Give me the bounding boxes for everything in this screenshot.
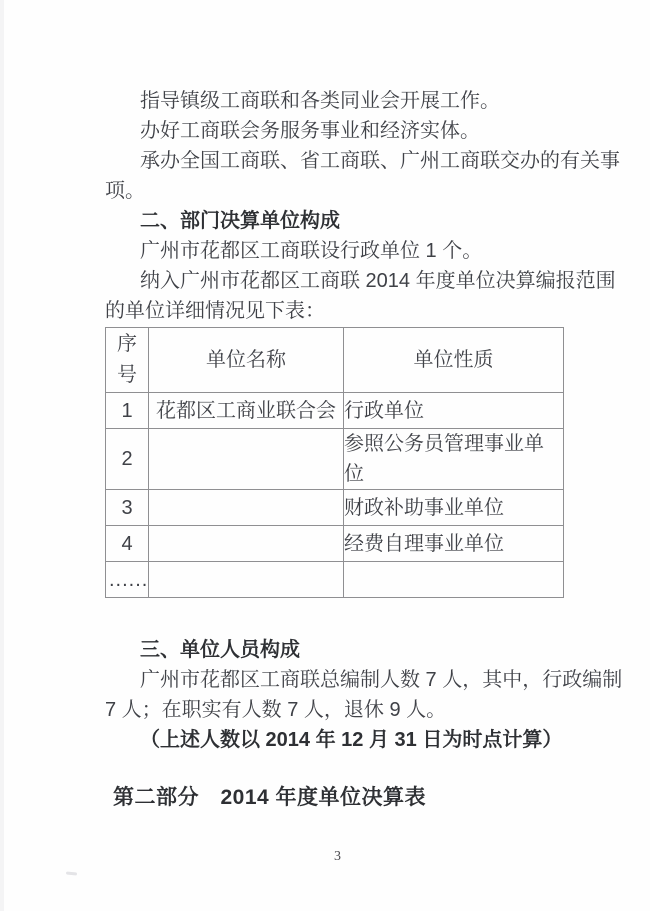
- table-row-2: 2 参照公务员管理事业单位: [106, 429, 564, 490]
- column-header-no: 序号: [106, 328, 149, 393]
- cell-name: [149, 562, 344, 598]
- table-row-3: 3 财政补助事业单位: [106, 490, 564, 526]
- intro-paragraph-line-4: 项。: [105, 176, 575, 206]
- cell-nature: [344, 562, 564, 598]
- cell-name: [149, 429, 344, 490]
- intro-paragraph-line-1: 指导镇级工商联和各类同业会开展工作。: [105, 86, 575, 116]
- cell-no: 4: [106, 526, 149, 562]
- section3-paragraph-line-1: 广州市花都区工商联总编制人数 7 人，其中，行政编制: [105, 665, 575, 695]
- cell-nature: 参照公务员管理事业单位: [344, 429, 564, 490]
- cell-name: [149, 490, 344, 526]
- cell-name: 花都区工商业联合会: [149, 393, 344, 429]
- cell-nature: 财政补助事业单位: [344, 490, 564, 526]
- section3-note: （上述人数以 2014 年 12 月 31 日为时点计算）: [105, 725, 575, 755]
- column-header-nature: 单位性质: [344, 328, 564, 393]
- table-row-ellipsis: ......: [106, 562, 564, 598]
- section3-heading: 三、单位人员构成: [105, 635, 575, 665]
- intro-paragraph-line-3: 承办全国工商联、省工商联、广州工商联交办的有关事: [105, 146, 575, 176]
- units-table: 序号 单位名称 单位性质 1 花都区工商业联合会 行政单位 2 参照公务员管理事…: [105, 327, 564, 598]
- page-number: 3: [334, 849, 341, 865]
- document-content: 指导镇级工商联和各类同业会开展工作。 办好工商联会务服务事业和经济实体。 承办全…: [105, 86, 575, 813]
- table-row-4: 4 经费自理事业单位: [106, 526, 564, 562]
- section2-paragraph-line-2: 纳入广州市花都区工商联 2014 年度单位决算编报范围: [105, 266, 575, 296]
- document-page: 指导镇级工商联和各类同业会开展工作。 办好工商联会务服务事业和经济实体。 承办全…: [0, 0, 650, 911]
- section3-paragraph-line-2: 7 人；在职实有人数 7 人，退休 9 人。: [105, 695, 575, 725]
- table-header-row: 序号 单位名称 单位性质: [106, 328, 564, 393]
- section2-paragraph-line-3: 的单位详细情况见下表：: [105, 296, 575, 326]
- column-header-name: 单位名称: [149, 328, 344, 393]
- intro-paragraph-line-2: 办好工商联会务服务事业和经济实体。: [105, 116, 575, 146]
- scan-smudge-artifact: [66, 871, 77, 875]
- section2-paragraph-line-1: 广州市花都区工商联设行政单位 1 个。: [105, 236, 575, 266]
- column-header-no-label: 序号: [117, 329, 138, 391]
- cell-no: ......: [106, 562, 149, 598]
- cell-no: 3: [106, 490, 149, 526]
- cell-nature: 行政单位: [344, 393, 564, 429]
- cell-no: 1: [106, 393, 149, 429]
- scan-edge-artifact: [0, 0, 4, 911]
- cell-no: 2: [106, 429, 149, 490]
- cell-nature: 经费自理事业单位: [344, 526, 564, 562]
- part2-heading: 第二部分 2014 年度单位决算表: [113, 783, 575, 813]
- table-row-1: 1 花都区工商业联合会 行政单位: [106, 393, 564, 429]
- cell-name: [149, 526, 344, 562]
- section2-heading: 二、部门决算单位构成: [105, 206, 575, 236]
